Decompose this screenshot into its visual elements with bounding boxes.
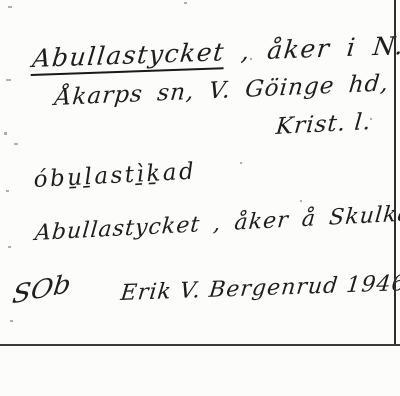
- phonetic-transcription: óbu̱ḻastì̱ḵad: [33, 158, 197, 192]
- scan-speckle: [240, 162, 242, 164]
- signature-line: Erik V. Bergenrud 1946.: [119, 271, 400, 306]
- scan-speckle: [6, 190, 9, 192]
- parish-district-line: Åkarps sn, V. Göinge hd,: [53, 70, 390, 110]
- scan-speckle: [14, 143, 18, 145]
- county-line: Krist. l.: [275, 109, 373, 140]
- reference-headword: Abullastycket: [34, 212, 202, 246]
- scan-speckle: [6, 79, 11, 81]
- archive-card: Abullastycket , åker i N. Åkarps sn, V. …: [0, 0, 400, 396]
- scan-speckle: [8, 246, 11, 248]
- reference-tail: , åker å Skulkarp.: [199, 200, 400, 238]
- scan-speckle: [4, 132, 7, 135]
- scan-speckle: [10, 320, 13, 322]
- scan-speckle: [250, 58, 252, 60]
- scan-speckle: [184, 2, 187, 4]
- scan-speckle: [8, 6, 12, 8]
- scan-speckle: [300, 200, 302, 202]
- headword-line: Abullastycket , åker i N.: [31, 31, 400, 73]
- reference-line: Abullastycket , åker å Skulkarp.: [34, 200, 400, 246]
- card-right-edge: [394, 0, 396, 346]
- scan-speckle: [370, 118, 372, 120]
- headword-tail: , åker i N.: [223, 31, 400, 66]
- card-bottom-edge: [0, 344, 400, 346]
- headword: Abullastycket: [31, 37, 227, 76]
- collector-initials: SOb: [11, 269, 73, 310]
